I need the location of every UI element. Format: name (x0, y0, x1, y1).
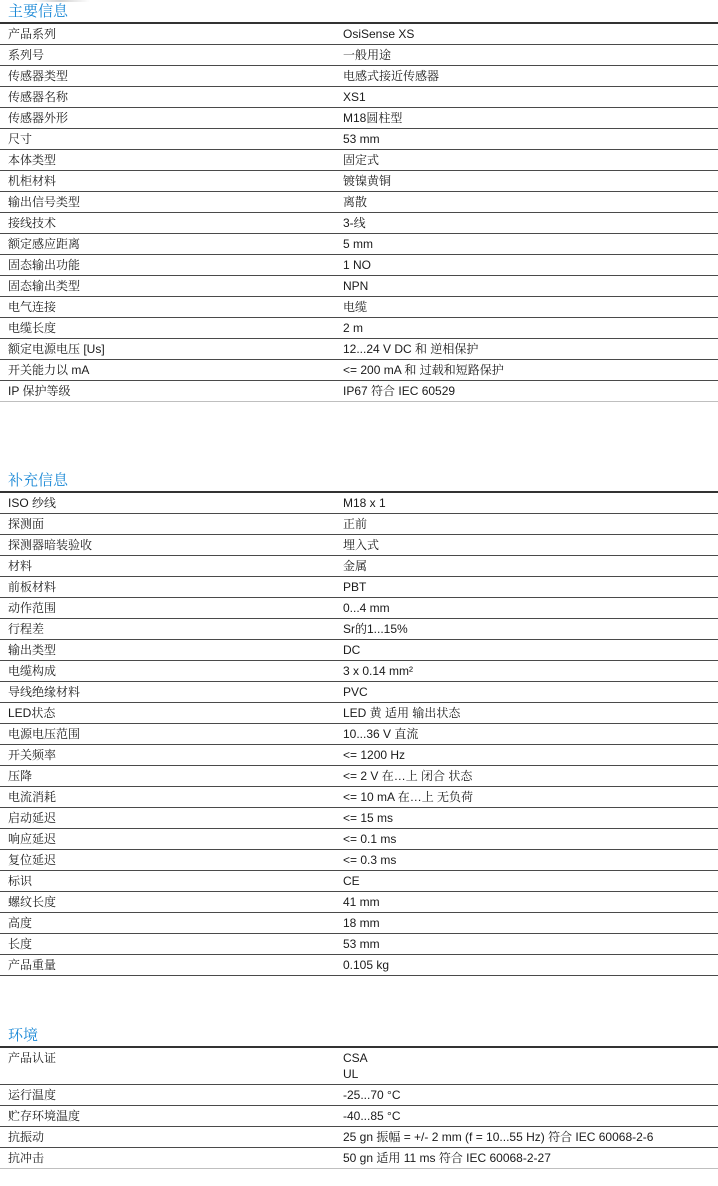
spec-row: 机柜材料镀镍黄铜 (0, 171, 718, 192)
spec-value: NPN (335, 276, 718, 297)
spec-value: Sr的1...15% (335, 619, 718, 640)
spec-value: 10...36 V 直流 (335, 724, 718, 745)
spec-row: 标识CE (0, 871, 718, 892)
spec-key: 探测面 (0, 514, 335, 535)
spec-value-text: PVC (343, 685, 718, 699)
spec-value: IP67 符合 IEC 60529 (335, 381, 718, 402)
spec-key: 电缆构成 (0, 661, 335, 682)
spec-value: <= 200 mA 和 过载和短路保护 (335, 360, 718, 381)
spec-row: 尺寸53 mm (0, 129, 718, 150)
spec-row: 产品重量0.105 kg (0, 955, 718, 976)
spec-value-text: XS1 (343, 90, 718, 104)
spec-row: 前板材料PBT (0, 577, 718, 598)
spec-row: 接线技术3-线 (0, 213, 718, 234)
spec-key: 抗振动 (0, 1127, 335, 1148)
spec-row: ISO 纱线M18 x 1 (0, 492, 718, 514)
spec-value: 53 mm (335, 129, 718, 150)
spec-key: 导线绝缘材料 (0, 682, 335, 703)
spec-value: CSAUL (335, 1047, 718, 1085)
spec-row: 材料金属 (0, 556, 718, 577)
spec-row: 贮存环境温度-40...85 °C (0, 1106, 718, 1127)
spec-value: <= 2 V 在…上 闭合 状态 (335, 766, 718, 787)
spec-value: M18圆柱型 (335, 108, 718, 129)
spec-key: 长度 (0, 934, 335, 955)
section-title: 主要信息 (0, 2, 718, 22)
spec-key: 启动延迟 (0, 808, 335, 829)
spec-value-text: 电感式接近传感器 (343, 69, 718, 83)
spec-row: 电气连接电缆 (0, 297, 718, 318)
spec-key: 输出类型 (0, 640, 335, 661)
spec-row: 响应延迟<= 0.1 ms (0, 829, 718, 850)
spec-value: XS1 (335, 87, 718, 108)
spec-value-text: 离散 (343, 195, 718, 209)
spec-table-main-info: 产品系列OsiSense XS系列号一般用途传感器类型电感式接近传感器传感器名称… (0, 22, 718, 402)
spec-value: -40...85 °C (335, 1106, 718, 1127)
spec-value-text: 2 m (343, 321, 718, 335)
spec-row: 产品系列OsiSense XS (0, 23, 718, 45)
spec-row: 长度53 mm (0, 934, 718, 955)
spec-value: 0.105 kg (335, 955, 718, 976)
spec-row: 导线绝缘材料PVC (0, 682, 718, 703)
spec-value-text: 25 gn 振幅 = +/- 2 mm (f = 10...55 Hz) 符合 … (343, 1130, 718, 1144)
spec-key: 尺寸 (0, 129, 335, 150)
spec-value-text: OsiSense XS (343, 27, 718, 41)
spec-key: 高度 (0, 913, 335, 934)
spec-value: LED 黄 适用 输出状态 (335, 703, 718, 724)
spec-value-text: <= 2 V 在…上 闭合 状态 (343, 769, 718, 783)
spec-key: 固态输出类型 (0, 276, 335, 297)
spec-key: IP 保护等级 (0, 381, 335, 402)
spec-value-text: <= 0.1 ms (343, 832, 718, 846)
spec-value-text: 埋入式 (343, 538, 718, 552)
section-supplementary-info: 补充信息 ISO 纱线M18 x 1探测面正前探测器暗装验收埋入式材料金属前板材… (0, 471, 718, 976)
spec-key: 标识 (0, 871, 335, 892)
spec-key: 电缆长度 (0, 318, 335, 339)
spec-key: 动作范围 (0, 598, 335, 619)
spec-value: 镀镍黄铜 (335, 171, 718, 192)
spec-key: 产品重量 (0, 955, 335, 976)
section-title: 补充信息 (0, 471, 718, 491)
spec-value-text: 正前 (343, 517, 718, 531)
spec-value-text: NPN (343, 279, 718, 293)
spec-value: 埋入式 (335, 535, 718, 556)
spec-key: 电源电压范围 (0, 724, 335, 745)
spec-value: 电缆 (335, 297, 718, 318)
spec-key: 抗冲击 (0, 1148, 335, 1169)
spec-key: 系列号 (0, 45, 335, 66)
spec-row: 额定电源电压 [Us]12...24 V DC 和 逆相保护 (0, 339, 718, 360)
spec-row: 固态输出功能1 NO (0, 255, 718, 276)
spec-key: 接线技术 (0, 213, 335, 234)
spec-value: DC (335, 640, 718, 661)
spec-key: 产品系列 (0, 23, 335, 45)
spec-value: 电感式接近传感器 (335, 66, 718, 87)
spec-row: 固态输出类型NPN (0, 276, 718, 297)
spec-row: 电缆构成3 x 0.14 mm² (0, 661, 718, 682)
section-environment: 环境 产品认证CSAUL运行温度-25...70 °C贮存环境温度-40...8… (0, 1026, 718, 1169)
spec-key: 运行温度 (0, 1085, 335, 1106)
spec-row: 传感器类型电感式接近传感器 (0, 66, 718, 87)
spec-value-text: LED 黄 适用 输出状态 (343, 706, 718, 720)
spec-value: <= 1200 Hz (335, 745, 718, 766)
spec-row: 探测器暗装验收埋入式 (0, 535, 718, 556)
spec-key: 本体类型 (0, 150, 335, 171)
spec-row: LED状态LED 黄 适用 输出状态 (0, 703, 718, 724)
spec-row: IP 保护等级IP67 符合 IEC 60529 (0, 381, 718, 402)
spec-value-text: <= 15 ms (343, 811, 718, 825)
spec-value: 53 mm (335, 934, 718, 955)
spec-value-text: <= 0.3 ms (343, 853, 718, 867)
spec-key: 行程差 (0, 619, 335, 640)
spec-key: 传感器外形 (0, 108, 335, 129)
spec-value-text: 0.105 kg (343, 958, 718, 972)
spec-value-text: IP67 符合 IEC 60529 (343, 384, 718, 398)
spec-row: 传感器名称XS1 (0, 87, 718, 108)
spec-value: CE (335, 871, 718, 892)
spec-value-text: <= 1200 Hz (343, 748, 718, 762)
spec-row: 运行温度-25...70 °C (0, 1085, 718, 1106)
spec-table-supplementary-info: ISO 纱线M18 x 1探测面正前探测器暗装验收埋入式材料金属前板材料PBT动… (0, 491, 718, 976)
spec-value: 12...24 V DC 和 逆相保护 (335, 339, 718, 360)
spec-value-text: <= 200 mA 和 过载和短路保护 (343, 363, 718, 377)
spec-key: 额定感应距离 (0, 234, 335, 255)
spec-value-text: 0...4 mm (343, 601, 718, 615)
spec-row: 动作范围0...4 mm (0, 598, 718, 619)
spec-value-text: 3-线 (343, 216, 718, 230)
spec-value-text: 53 mm (343, 132, 718, 146)
spec-value-text: 1 NO (343, 258, 718, 272)
spec-value: -25...70 °C (335, 1085, 718, 1106)
spec-key: 输出信号类型 (0, 192, 335, 213)
spec-row: 螺纹长度41 mm (0, 892, 718, 913)
spec-value: 2 m (335, 318, 718, 339)
spec-value-text: PBT (343, 580, 718, 594)
section-main-info: 主要信息 产品系列OsiSense XS系列号一般用途传感器类型电感式接近传感器… (0, 2, 718, 402)
spec-value-text: <= 10 mA 在…上 无负荷 (343, 790, 718, 804)
spec-row: 启动延迟<= 15 ms (0, 808, 718, 829)
spec-row: 电缆长度2 m (0, 318, 718, 339)
spec-value-text: 固定式 (343, 153, 718, 167)
spec-value: 25 gn 振幅 = +/- 2 mm (f = 10...55 Hz) 符合 … (335, 1127, 718, 1148)
spec-value-text: M18 x 1 (343, 496, 718, 510)
spec-key: 电气连接 (0, 297, 335, 318)
spec-value: 金属 (335, 556, 718, 577)
spec-value: 1 NO (335, 255, 718, 276)
spec-row: 压降<= 2 V 在…上 闭合 状态 (0, 766, 718, 787)
spec-value: PBT (335, 577, 718, 598)
spec-row: 传感器外形M18圆柱型 (0, 108, 718, 129)
spec-key: 传感器名称 (0, 87, 335, 108)
spec-value-text: 5 mm (343, 237, 718, 251)
spec-row: 电流消耗<= 10 mA 在…上 无负荷 (0, 787, 718, 808)
spec-value-text: 一般用途 (343, 48, 718, 62)
spec-value-text: DC (343, 643, 718, 657)
spec-key: 螺纹长度 (0, 892, 335, 913)
spec-value-text: 41 mm (343, 895, 718, 909)
spec-key: 传感器类型 (0, 66, 335, 87)
spec-key: 压降 (0, 766, 335, 787)
spec-value: 41 mm (335, 892, 718, 913)
spec-row: 开关频率<= 1200 Hz (0, 745, 718, 766)
spec-row: 复位延迟<= 0.3 ms (0, 850, 718, 871)
spec-key: 材料 (0, 556, 335, 577)
spec-row: 探测面正前 (0, 514, 718, 535)
spec-row: 本体类型固定式 (0, 150, 718, 171)
spec-value-text: M18圆柱型 (343, 111, 718, 125)
spec-value-text: 12...24 V DC 和 逆相保护 (343, 342, 718, 356)
spec-value: 3-线 (335, 213, 718, 234)
spec-value: M18 x 1 (335, 492, 718, 514)
spec-value: OsiSense XS (335, 23, 718, 45)
spec-value: <= 15 ms (335, 808, 718, 829)
spec-value: 一般用途 (335, 45, 718, 66)
spec-value: 离散 (335, 192, 718, 213)
spec-value-text: CE (343, 874, 718, 888)
spec-value: <= 10 mA 在…上 无负荷 (335, 787, 718, 808)
spec-value-text: 3 x 0.14 mm² (343, 664, 718, 678)
spec-value-text: 电缆 (343, 300, 718, 314)
spec-key: 响应延迟 (0, 829, 335, 850)
spec-value: 0...4 mm (335, 598, 718, 619)
spec-row: 高度18 mm (0, 913, 718, 934)
spec-key: 贮存环境温度 (0, 1106, 335, 1127)
spec-key: 前板材料 (0, 577, 335, 598)
spec-value: PVC (335, 682, 718, 703)
spec-table-environment: 产品认证CSAUL运行温度-25...70 °C贮存环境温度-40...85 °… (0, 1046, 718, 1169)
spec-row: 抗冲击50 gn 适用 11 ms 符合 IEC 60068-2-27 (0, 1148, 718, 1169)
spec-value-text: 10...36 V 直流 (343, 727, 718, 741)
spec-row: 行程差Sr的1...15% (0, 619, 718, 640)
spec-key: 开关能力以 mA (0, 360, 335, 381)
spec-value-text: 53 mm (343, 937, 718, 951)
spec-row: 输出类型DC (0, 640, 718, 661)
spec-value-text: CSA (343, 1051, 718, 1065)
spec-row: 电源电压范围10...36 V 直流 (0, 724, 718, 745)
spec-key: LED状态 (0, 703, 335, 724)
spec-value-text: Sr的1...15% (343, 622, 718, 636)
spec-value: 18 mm (335, 913, 718, 934)
spec-value: 固定式 (335, 150, 718, 171)
spec-value-text: -40...85 °C (343, 1109, 718, 1123)
spec-value: 3 x 0.14 mm² (335, 661, 718, 682)
spec-key: 产品认证 (0, 1047, 335, 1085)
spec-value: 50 gn 适用 11 ms 符合 IEC 60068-2-27 (335, 1148, 718, 1169)
spec-key: 开关频率 (0, 745, 335, 766)
spec-row: 额定感应距离5 mm (0, 234, 718, 255)
spec-value-text: 50 gn 适用 11 ms 符合 IEC 60068-2-27 (343, 1151, 718, 1165)
spec-value: 正前 (335, 514, 718, 535)
spec-key: 机柜材料 (0, 171, 335, 192)
spec-key: 固态输出功能 (0, 255, 335, 276)
spec-value-text: 金属 (343, 559, 718, 573)
spec-row: 抗振动25 gn 振幅 = +/- 2 mm (f = 10...55 Hz) … (0, 1127, 718, 1148)
spec-value-text: UL (343, 1067, 718, 1081)
spec-key: ISO 纱线 (0, 492, 335, 514)
spec-key: 探测器暗装验收 (0, 535, 335, 556)
section-title: 环境 (0, 1026, 718, 1046)
spec-value-text: 镀镍黄铜 (343, 174, 718, 188)
spec-key: 复位延迟 (0, 850, 335, 871)
spec-row: 产品认证CSAUL (0, 1047, 718, 1085)
spec-value-text: 18 mm (343, 916, 718, 930)
spec-value-text: -25...70 °C (343, 1088, 718, 1102)
spec-row: 输出信号类型离散 (0, 192, 718, 213)
spec-value: <= 0.3 ms (335, 850, 718, 871)
spec-value: 5 mm (335, 234, 718, 255)
spec-value: <= 0.1 ms (335, 829, 718, 850)
spec-row: 开关能力以 mA<= 200 mA 和 过载和短路保护 (0, 360, 718, 381)
spec-key: 额定电源电压 [Us] (0, 339, 335, 360)
spec-key: 电流消耗 (0, 787, 335, 808)
spec-row: 系列号一般用途 (0, 45, 718, 66)
